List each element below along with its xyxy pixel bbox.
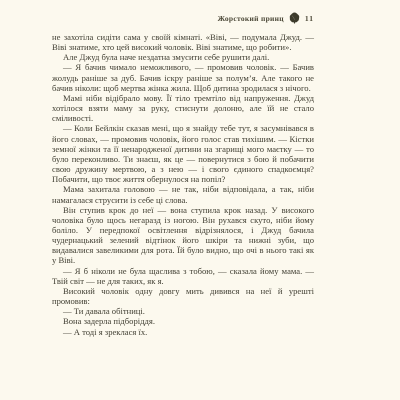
paragraph: Але Джуд була наче нездатна змусити себе…	[52, 52, 314, 62]
running-header: Жорстокий принц 11	[52, 12, 314, 24]
body-text: не захотіла сидіти сама у своїй кімнаті.…	[52, 32, 314, 337]
paragraph: Мамі ніби відібрало мову. Її тіло тремті…	[52, 93, 314, 123]
book-title: Жорстокий принц	[218, 14, 284, 23]
paragraph: не захотіла сидіти сама у своїй кімнаті.…	[52, 32, 314, 52]
paragraph: — Ти давала обітниці.	[52, 306, 314, 316]
page-number: 11	[305, 14, 314, 23]
paragraph: — Коли Бейлкін сказав мені, що я знайду …	[52, 123, 314, 184]
paragraph: — Я б ніколи не була щаслива з тобою, — …	[52, 266, 314, 286]
paragraph: — Я бачив чимало неможливого, — промовив…	[52, 62, 314, 92]
paragraph: — А тоді я зреклася їх.	[52, 327, 314, 337]
paragraph: Він ступив крок до неї — вона ступила кр…	[52, 205, 314, 266]
paragraph: Вона задерла підборіддя.	[52, 316, 314, 326]
tree-leaf-ornament-icon	[289, 12, 300, 24]
paragraph: Високий чоловік одну довгу мить дивився …	[52, 286, 314, 306]
paragraph: Мама захитала головою — не так, ніби від…	[52, 184, 314, 204]
book-page: Жорстокий принц 11 не захотіла сидіти са…	[0, 0, 400, 400]
